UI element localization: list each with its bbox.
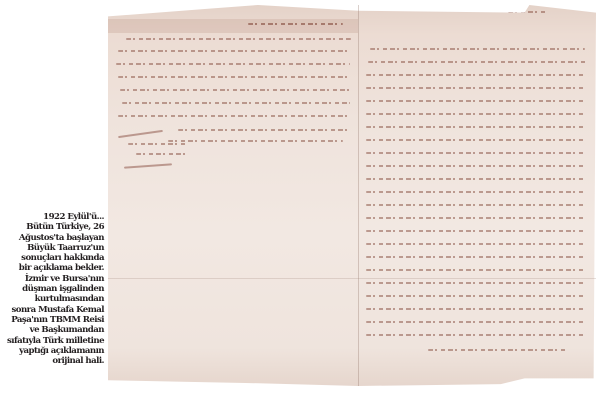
center-fold <box>358 5 359 386</box>
caption-line: bir açıklama bekler. <box>0 263 104 273</box>
handwriting-line <box>366 217 586 219</box>
manuscript-document <box>108 5 596 386</box>
photo-caption: 1922 Eylül'ü... Bütün Türkiye, 26 Ağusto… <box>0 212 104 366</box>
handwriting-line <box>366 178 586 180</box>
handwriting-line <box>366 230 586 232</box>
caption-line: 1922 Eylül'ü... <box>0 212 104 222</box>
caption-line: İzmir ve Bursa'nın <box>0 274 104 284</box>
handwriting-line <box>366 100 586 102</box>
handwriting-line <box>370 48 585 50</box>
handwriting-line <box>178 129 348 131</box>
handwriting-line <box>118 50 350 52</box>
handwriting-line <box>248 23 343 25</box>
handwriting-line <box>366 87 586 89</box>
handwriting-line <box>366 204 586 206</box>
caption-line: kurtulmasından <box>0 294 104 304</box>
signature-line <box>136 153 186 155</box>
handwriting-line <box>366 269 586 271</box>
handwriting-line <box>366 308 586 310</box>
handwriting-line <box>366 139 586 141</box>
signature-line <box>128 143 188 145</box>
caption-line: ve Başkumandan <box>0 325 104 335</box>
handwriting-line <box>366 74 586 76</box>
handwriting-line <box>118 115 350 117</box>
header-band <box>108 19 358 33</box>
handwriting-line <box>366 256 586 258</box>
handwriting-line <box>118 76 350 78</box>
horizontal-fold <box>108 278 596 279</box>
caption-line: Büyük Taarruz'un <box>0 243 104 253</box>
handwriting-line <box>428 349 568 351</box>
handwriting-line <box>368 61 586 63</box>
caption-line: Bütün Türkiye, 26 <box>0 222 104 232</box>
caption-line: Paşa'nın TBMM Reisi <box>0 315 104 325</box>
handwriting-line <box>366 191 586 193</box>
handwriting-line <box>120 89 350 91</box>
caption-line: düşman işgalinden <box>0 284 104 294</box>
caption-line: sıfatıyla Türk milletine <box>0 336 104 346</box>
handwriting-line <box>366 243 586 245</box>
manuscript-page-right <box>358 5 596 386</box>
handwriting-line <box>366 126 586 128</box>
handwriting-line <box>122 102 350 104</box>
signature-stroke <box>118 130 163 138</box>
handwriting-line <box>116 63 350 65</box>
caption-line: sonra Mustafa Kemal <box>0 305 104 315</box>
handwriting-line <box>366 321 586 323</box>
handwriting-line <box>366 165 586 167</box>
handwriting-line <box>168 140 343 142</box>
caption-line: sonuçları hakkında <box>0 253 104 263</box>
caption-line: orijinal hali. <box>0 356 104 366</box>
handwriting-line <box>366 113 586 115</box>
caption-line: yaptığı açıklamanın <box>0 346 104 356</box>
handwriting-line <box>366 334 586 336</box>
caption-line: Ağustos'ta başlayan <box>0 233 104 243</box>
handwriting-line <box>366 282 586 284</box>
manuscript-page-left <box>108 5 358 386</box>
handwriting-line <box>126 38 351 40</box>
handwriting-line <box>366 295 586 297</box>
signature-stroke <box>124 163 172 168</box>
handwriting-line <box>366 152 586 154</box>
handwriting-line <box>508 11 548 13</box>
